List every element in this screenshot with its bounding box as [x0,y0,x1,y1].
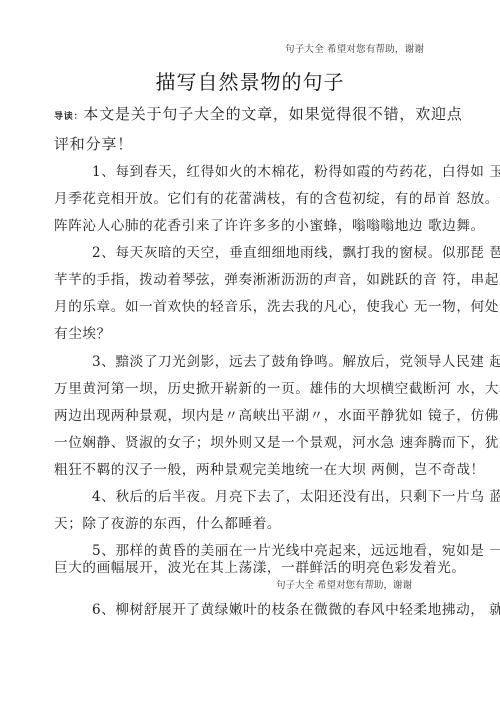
page-title: 描写自然景物的句子 [0,66,500,95]
intro-label: 导读： [54,112,83,122]
paragraph-1-line-1: 1、每到春天，红得如火的木棉花，粉得如霞的芍药花，白得如 玉的 [92,162,500,182]
intro-text-1: 本文是关于句子大全的文章，如果觉得很不错，欢迎点 [83,105,462,123]
intro-line-2: 评和分享！ [54,134,474,154]
paragraph-4-line-1: 4、秋后的后半夜。月亮下去了，太阳还没有出，只剩下一片乌 蓝的 [92,487,500,507]
paragraph-2-line-2: 芊芊的手指，拨动着琴弦，弹奏淅淅沥沥的声音，如跳跃的音 符，串起五 [54,270,474,290]
paragraph-4-line-2: 天；除了夜游的东西，什么都睡着。 [54,514,474,534]
header-note: 句子大全 希望对您有帮助，谢谢 [285,41,424,55]
paragraph-3-line-4: 一位娴静、贤淑的女子；坝外则又是一个景观，河水急 速奔腾而下，犹如 [54,433,474,453]
paragraph-3-line-1: 3、黯淡了刀光剑影，远去了鼓角铮鸣。解放后，党领导人民建 起了 [92,352,500,372]
paragraph-5-line-2: 巨大的画幅展开，波光在其上荡漾，一群鲜活的明亮色彩发着光。 [54,558,474,578]
paragraph-1-line-3: 阵阵沁人心肺的花香引来了许许多多的小蜜蜂，嗡嗡嗡地边 歌边舞。 [54,216,474,236]
paragraph-1-line-2: 月季花竞相开放。它们有的花蕾满枝，有的含苞初绽，有的昂首 怒放。一 [54,189,474,209]
paragraph-2-line-3: 月的乐章。如一首欢快的轻音乐，洗去我的凡心，使我心 无一物，何处又 [54,297,474,317]
paragraph-3-line-3: 两边出现两种景观，坝内是〃高峡出平湖〃，水面平静犹如 镜子，仿佛是 [54,406,474,426]
paragraph-3-line-2: 万里黄河第一坝，历史掀开崭新的一页。雄伟的大坝横空截断河 水，大坝 [54,379,474,399]
paragraph-6-line-1: 6、柳树舒展开了黄绿嫩叶的枝条在微微的春风中轻柔地拂动， 就像 [92,600,500,620]
intro-line-1: 导读：本文是关于句子大全的文章，如果觉得很不错，欢迎点 [54,104,474,127]
footer-note: 句子大全 希望对您有帮助，谢谢 [276,577,412,591]
paragraph-3-line-5: 粗狂不羁的汉子一般，两种景观完美地统一在大坝 两侧，岂不奇哉！ [54,460,474,480]
paragraph-2-line-1: 2、每天灰暗的天空，垂直细细地雨线，飘打我的窗棂。似那琵 琶女， [92,243,500,263]
paragraph-2-line-4: 有尘埃？ [54,324,474,344]
